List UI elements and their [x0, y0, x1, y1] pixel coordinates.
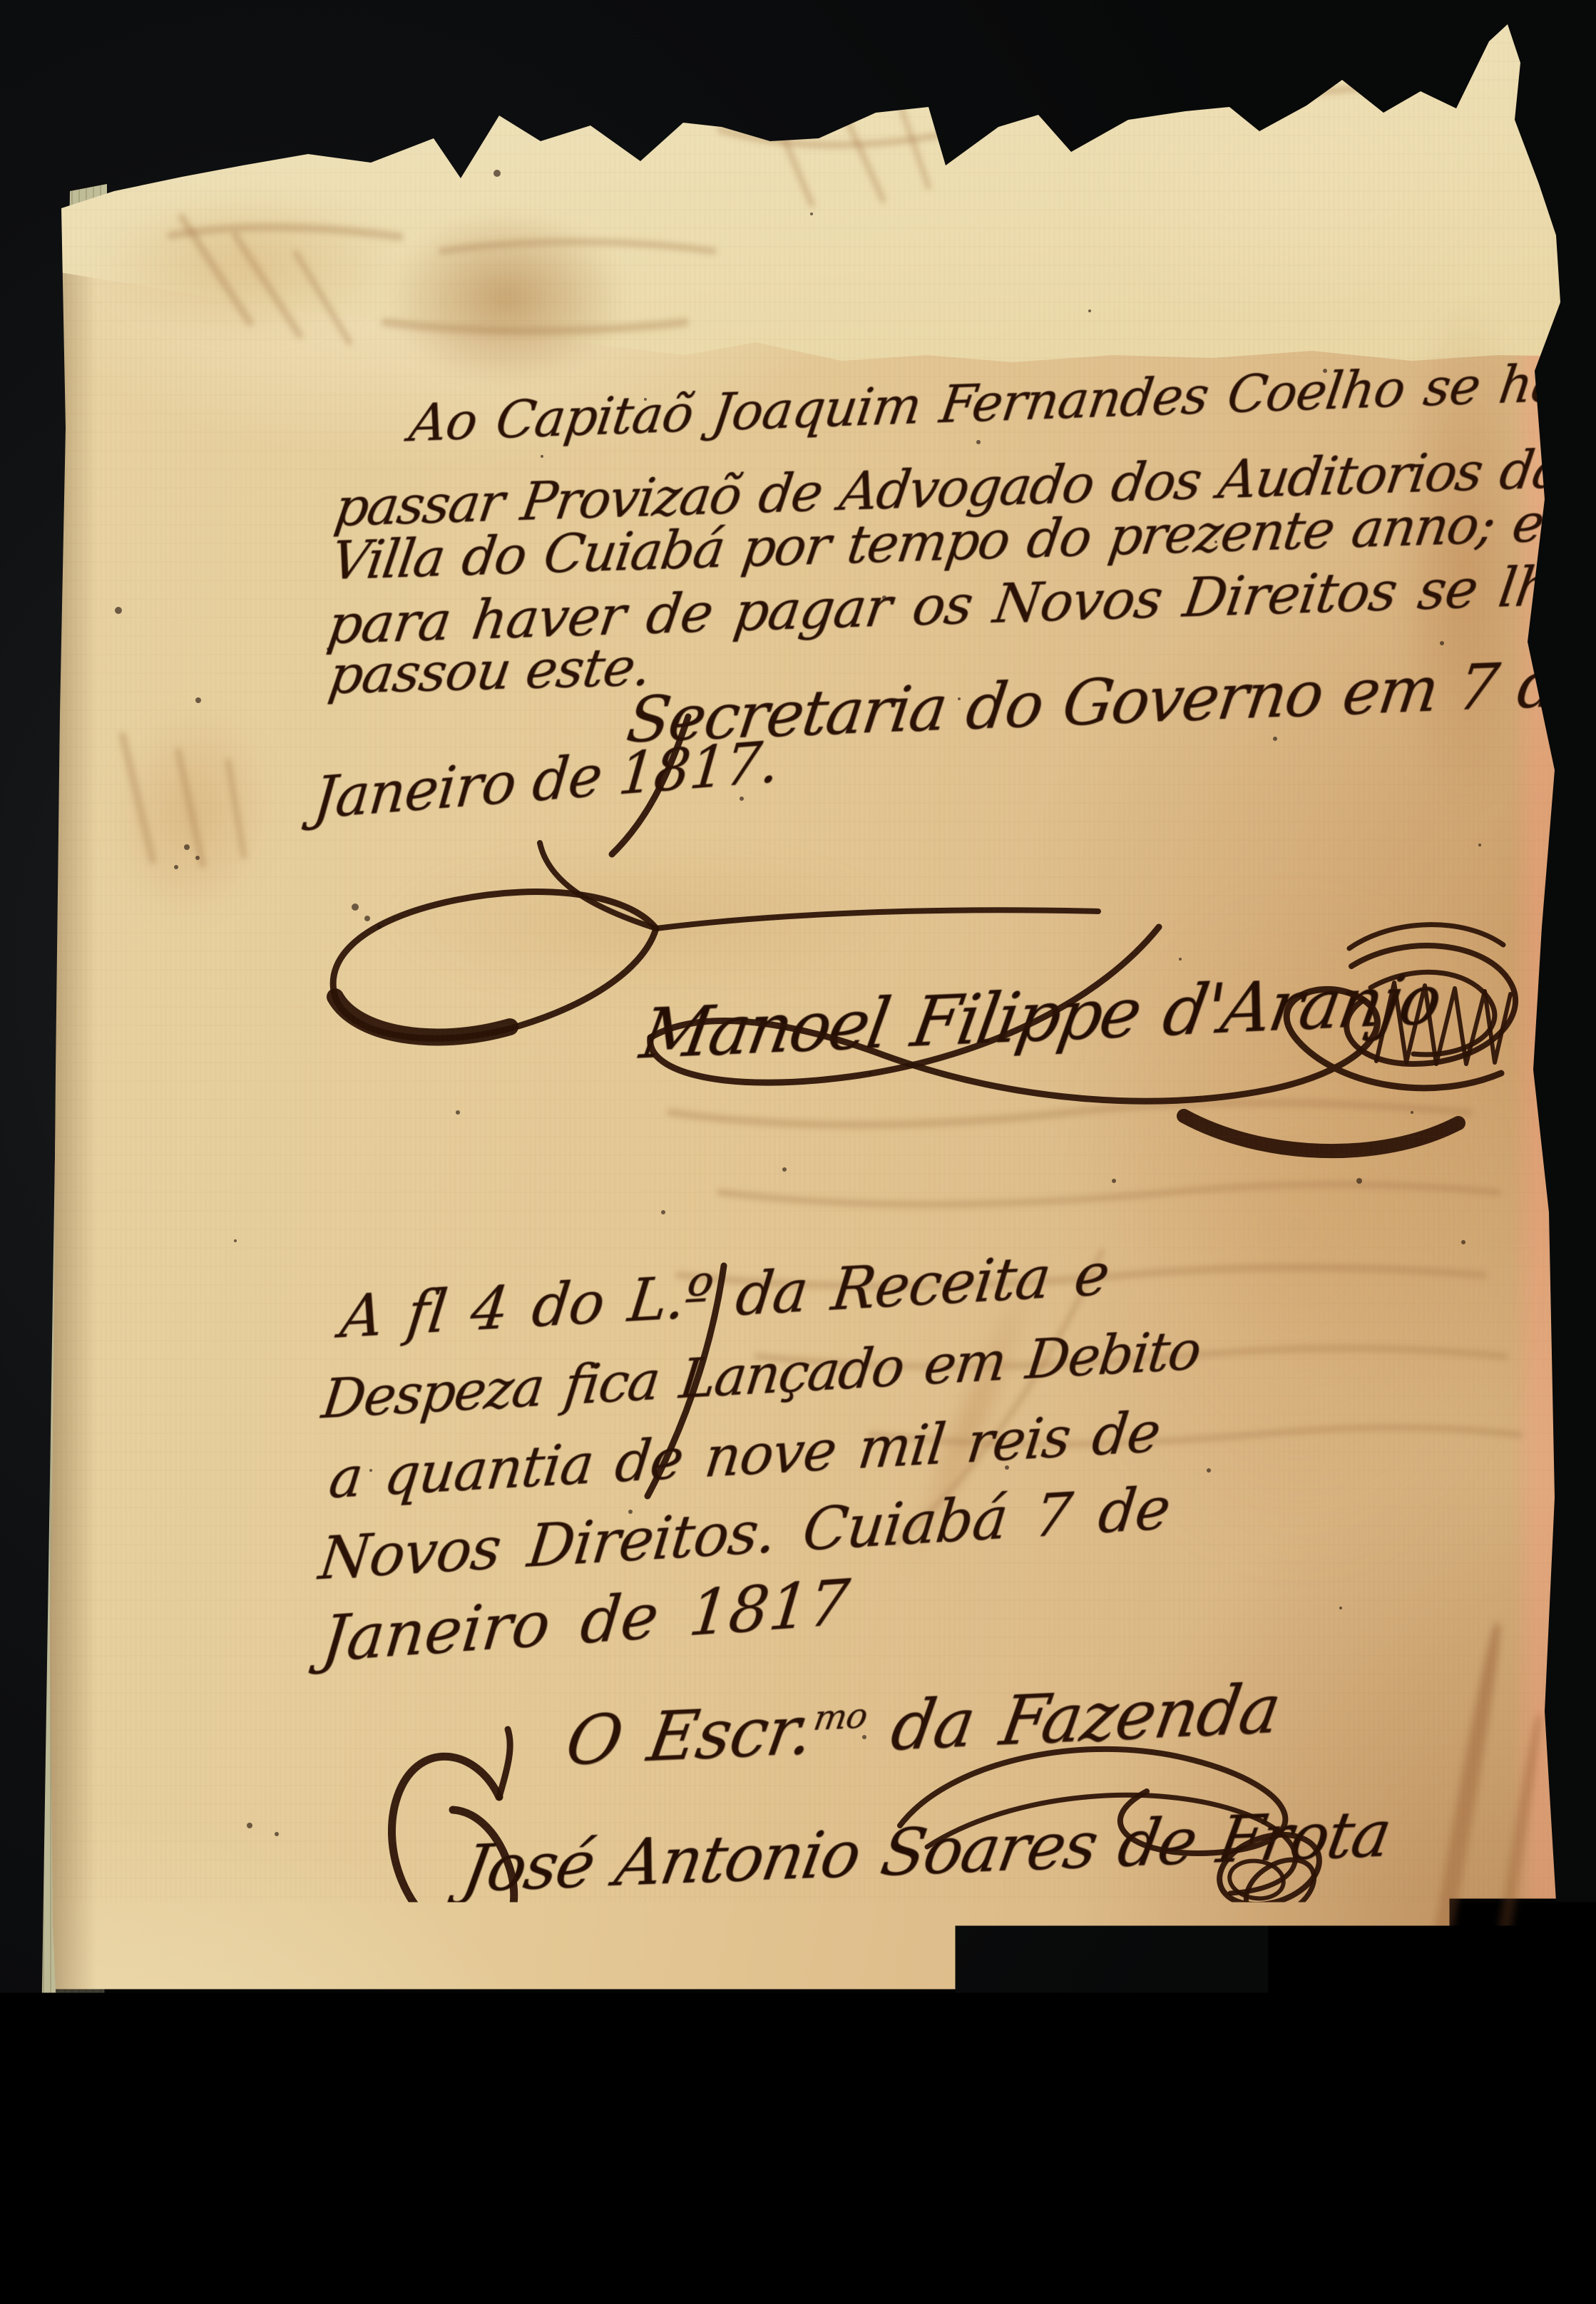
- ink-speck: [399, 1973, 403, 1977]
- manuscript-line: Villa do Cuiabá por tempo do prezente an…: [328, 496, 1547, 588]
- registry-separator-stroke: [648, 1266, 724, 1496]
- ink-speck: [958, 697, 961, 700]
- dateline-year: Janeiro de 1817.: [311, 733, 781, 827]
- ink-speck: [740, 797, 744, 801]
- ink-speck: [541, 455, 543, 458]
- ink-speck: [1082, 2180, 1086, 2184]
- ink-speck: [644, 398, 647, 401]
- paper-stain: [385, 841, 899, 998]
- ink-speck: [1411, 1111, 1413, 1114]
- registry-line: Novos Direitos. Cuiabá 7 de: [316, 1480, 1172, 1589]
- paper-stain: [1063, 884, 1533, 1576]
- ink-speck: [1478, 844, 1481, 846]
- ink-speck: [456, 1110, 460, 1115]
- ink-speck: [1214, 541, 1217, 543]
- signature-manoel-filippe: Manoel Filippe d'Aranjo: [636, 965, 1445, 1069]
- ink-speck: [1399, 2023, 1403, 2027]
- registry-line: a quantia de nove mil reis de: [326, 1405, 1162, 1507]
- registry-line: Despeza fica Lançado em Debito: [319, 1323, 1202, 1426]
- paper-stain: [193, 2086, 317, 2265]
- ink-speck: [247, 1823, 252, 1828]
- ink-speck: [174, 865, 178, 869]
- ink-speck: [1112, 1179, 1116, 1183]
- paper-sheet: Ao Capitaõ Joaquim Fernandes Coelho se h…: [36, 21, 1563, 2279]
- ink-speck: [364, 916, 370, 921]
- registry-line: A fl 4 do L.º da Receita e: [337, 1245, 1112, 1347]
- dateline-flourish: [333, 843, 1098, 1038]
- office-title-superscript: mo: [811, 1695, 870, 1739]
- ink-speck: [610, 2241, 619, 2249]
- ink-speck: [1339, 1607, 1342, 1609]
- ink-speck: [1005, 1465, 1009, 1470]
- ink-speck: [782, 1167, 787, 1172]
- ink-speck: [184, 844, 190, 850]
- paper-stain: [887, 1259, 1054, 1586]
- signature2-bottom-loops: [493, 1911, 1284, 2147]
- ink-speck: [1440, 641, 1444, 645]
- paper-scratch: [1456, 1714, 1545, 2201]
- ink-speck: [882, 595, 886, 600]
- secretaria-swash: [612, 717, 688, 854]
- manuscript-line: passar Provizaõ de Advogado dos Auditori…: [332, 443, 1567, 534]
- paper-stain: [1416, 2061, 1596, 2282]
- ink-speck: [1323, 369, 1327, 373]
- ink-speck: [1273, 737, 1277, 741]
- ink-speck: [369, 1469, 372, 1472]
- ink-speck: [327, 647, 329, 650]
- ink-speck: [1461, 1240, 1465, 1244]
- office-title-text: O Escr.: [561, 1691, 819, 1781]
- ink-speck: [195, 856, 200, 860]
- manuscript-line: Ao Capitaõ Joaquim Fernandes Coelho se h…: [406, 354, 1596, 449]
- paper-stain: [93, 692, 290, 934]
- manuscript-line: para haver de pagar os Novos Direitos se…: [324, 558, 1585, 652]
- ink-speck: [869, 1072, 871, 1075]
- registry-line: Janeiro de 1817: [319, 1571, 852, 1671]
- ink-speck: [115, 607, 122, 614]
- ink-speck: [352, 903, 359, 911]
- ink-speck: [862, 1735, 866, 1739]
- office-title-line: O Escr.mo da Fazenda: [561, 1676, 1284, 1776]
- manuscript-line: passou este.: [325, 640, 654, 702]
- ink-speck: [1207, 1468, 1211, 1473]
- signature2-initial-loop: [392, 1729, 513, 1942]
- ink-speck: [195, 697, 201, 703]
- dateline-place: Secretaria do Governo em 7 de: [623, 652, 1596, 752]
- ink-speck: [234, 1239, 237, 1242]
- ink-specks: [115, 170, 1481, 2249]
- ink-speck: [976, 440, 981, 444]
- office-title-text: da Fazenda: [858, 1670, 1285, 1767]
- signature-jose-antonio: José Antonio Soares de Frota: [458, 1802, 1394, 1903]
- signature1-flourish: [650, 927, 1501, 1151]
- ink-speck: [1162, 2087, 1166, 2091]
- torn-top-band: [0, 0, 1596, 414]
- ink-speck: [628, 1510, 633, 1514]
- signature1-rubrica: [1346, 925, 1515, 1064]
- ink-speck: [661, 1210, 665, 1214]
- paper-stain: [107, 2154, 1177, 2246]
- paper-surface: Ao Capitaõ Joaquim Fernandes Coelho se h…: [0, 0, 1596, 2304]
- ink-speck: [1179, 958, 1182, 961]
- manuscript-scan: Ao Capitaõ Joaquim Fernandes Coelho se h…: [0, 0, 1596, 2304]
- ink-speck: [275, 1832, 279, 1836]
- ink-speck: [1356, 1178, 1362, 1184]
- paper-stain: [1394, 299, 1537, 813]
- ink-speck: [377, 925, 382, 929]
- paper-scratch: [1386, 1622, 1507, 2208]
- signature2-rubrica: [900, 1749, 1329, 1983]
